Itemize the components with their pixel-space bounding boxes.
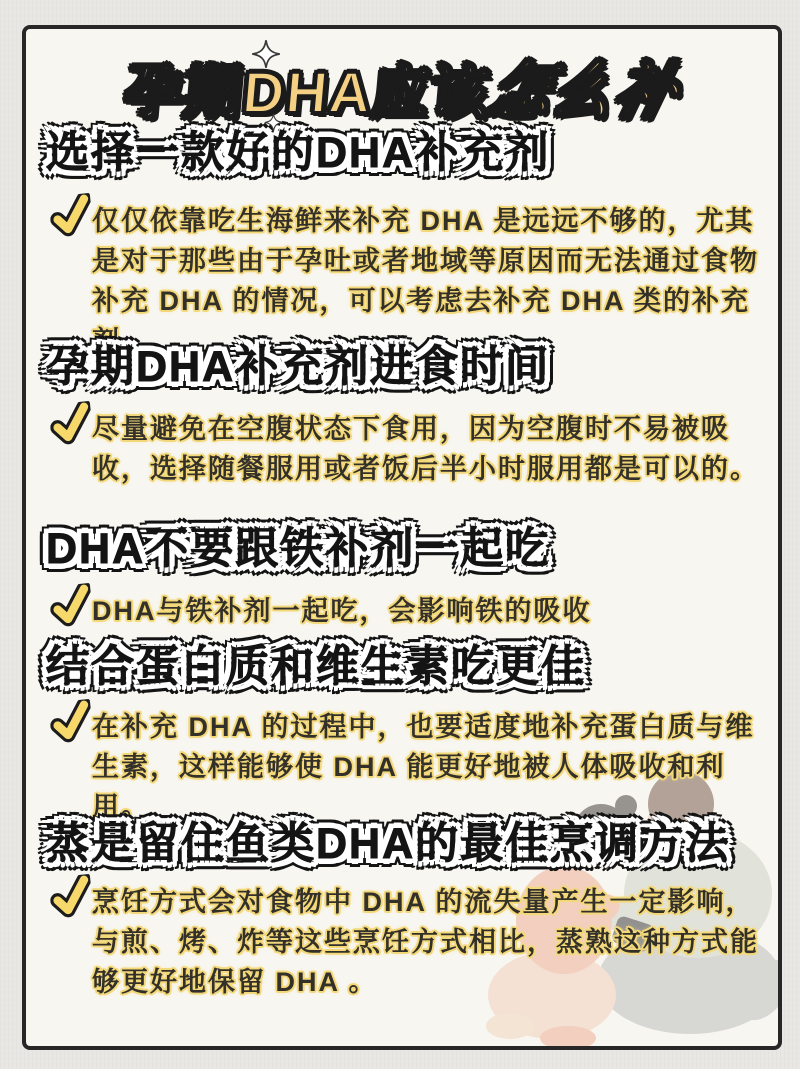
- title-part: 应该: [369, 53, 494, 133]
- check-icon: [48, 699, 94, 745]
- sparkle-icon: [264, 113, 283, 132]
- page-title: 孕期DHA应该怎么补: [26, 51, 778, 133]
- section-note: 在补充 DHA 的过程中，也要适度地补充蛋白质与维生素，这样能够使 DHA 能更…: [50, 707, 764, 827]
- note-text: 尽量避免在空腹状态下食用，因为空腹时不易被吸收，选择随餐服用或者饭后半小时服用都…: [92, 409, 764, 489]
- section-note: 尽量避免在空腹状态下食用，因为空腹时不易被吸收，选择随餐服用或者饭后半小时服用都…: [50, 409, 764, 489]
- title-part: 怎么补: [481, 51, 688, 131]
- poster-page: 孕期DHA应该怎么补 选择一款好的DHA补充剂 仅仅依靠吃生海鲜来补充 DHA …: [0, 0, 800, 1069]
- section-note: 烹饪方式会对食物中 DHA 的流失量产生一定影响，与煎、烤、炸等这些烹饪方式相比…: [50, 882, 764, 1002]
- section-heading-choose-supplement: 选择一款好的DHA补充剂: [46, 127, 550, 179]
- section-note: 仅仅依靠吃生海鲜来补充 DHA 是远远不够的，尤其是对于那些由于孕吐或者地域等原…: [50, 201, 764, 361]
- check-icon: [48, 874, 94, 920]
- note-text: DHA与铁补剂一起吃，会影响铁的吸收: [92, 591, 764, 631]
- title-part: 孕期: [121, 53, 246, 133]
- section-note: DHA与铁补剂一起吃，会影响铁的吸收: [50, 591, 764, 631]
- check-icon: [48, 401, 94, 447]
- section-heading-no-iron: DHA不要跟铁补剂一起吃: [46, 523, 550, 575]
- section-heading-protein-vitamins: 结合蛋白质和维生素吃更佳: [46, 641, 586, 693]
- note-text: 仅仅依靠吃生海鲜来补充 DHA 是远远不够的，尤其是对于那些由于孕吐或者地域等原…: [92, 201, 764, 361]
- section-heading-timing: 孕期DHA补充剂进食时间: [46, 341, 550, 393]
- note-text: 烹饪方式会对食物中 DHA 的流失量产生一定影响，与煎、烤、炸等这些烹饪方式相比…: [92, 882, 764, 1002]
- note-text: 在补充 DHA 的过程中，也要适度地补充蛋白质与维生素，这样能够使 DHA 能更…: [92, 707, 764, 827]
- section-heading-steaming: 蒸是留住鱼类DHA的最佳烹调方法: [46, 818, 730, 870]
- sparkle-icon: [251, 39, 281, 69]
- check-icon: [48, 193, 94, 239]
- poster-card: 孕期DHA应该怎么补 选择一款好的DHA补充剂 仅仅依靠吃生海鲜来补充 DHA …: [22, 25, 782, 1050]
- check-icon: [48, 583, 94, 629]
